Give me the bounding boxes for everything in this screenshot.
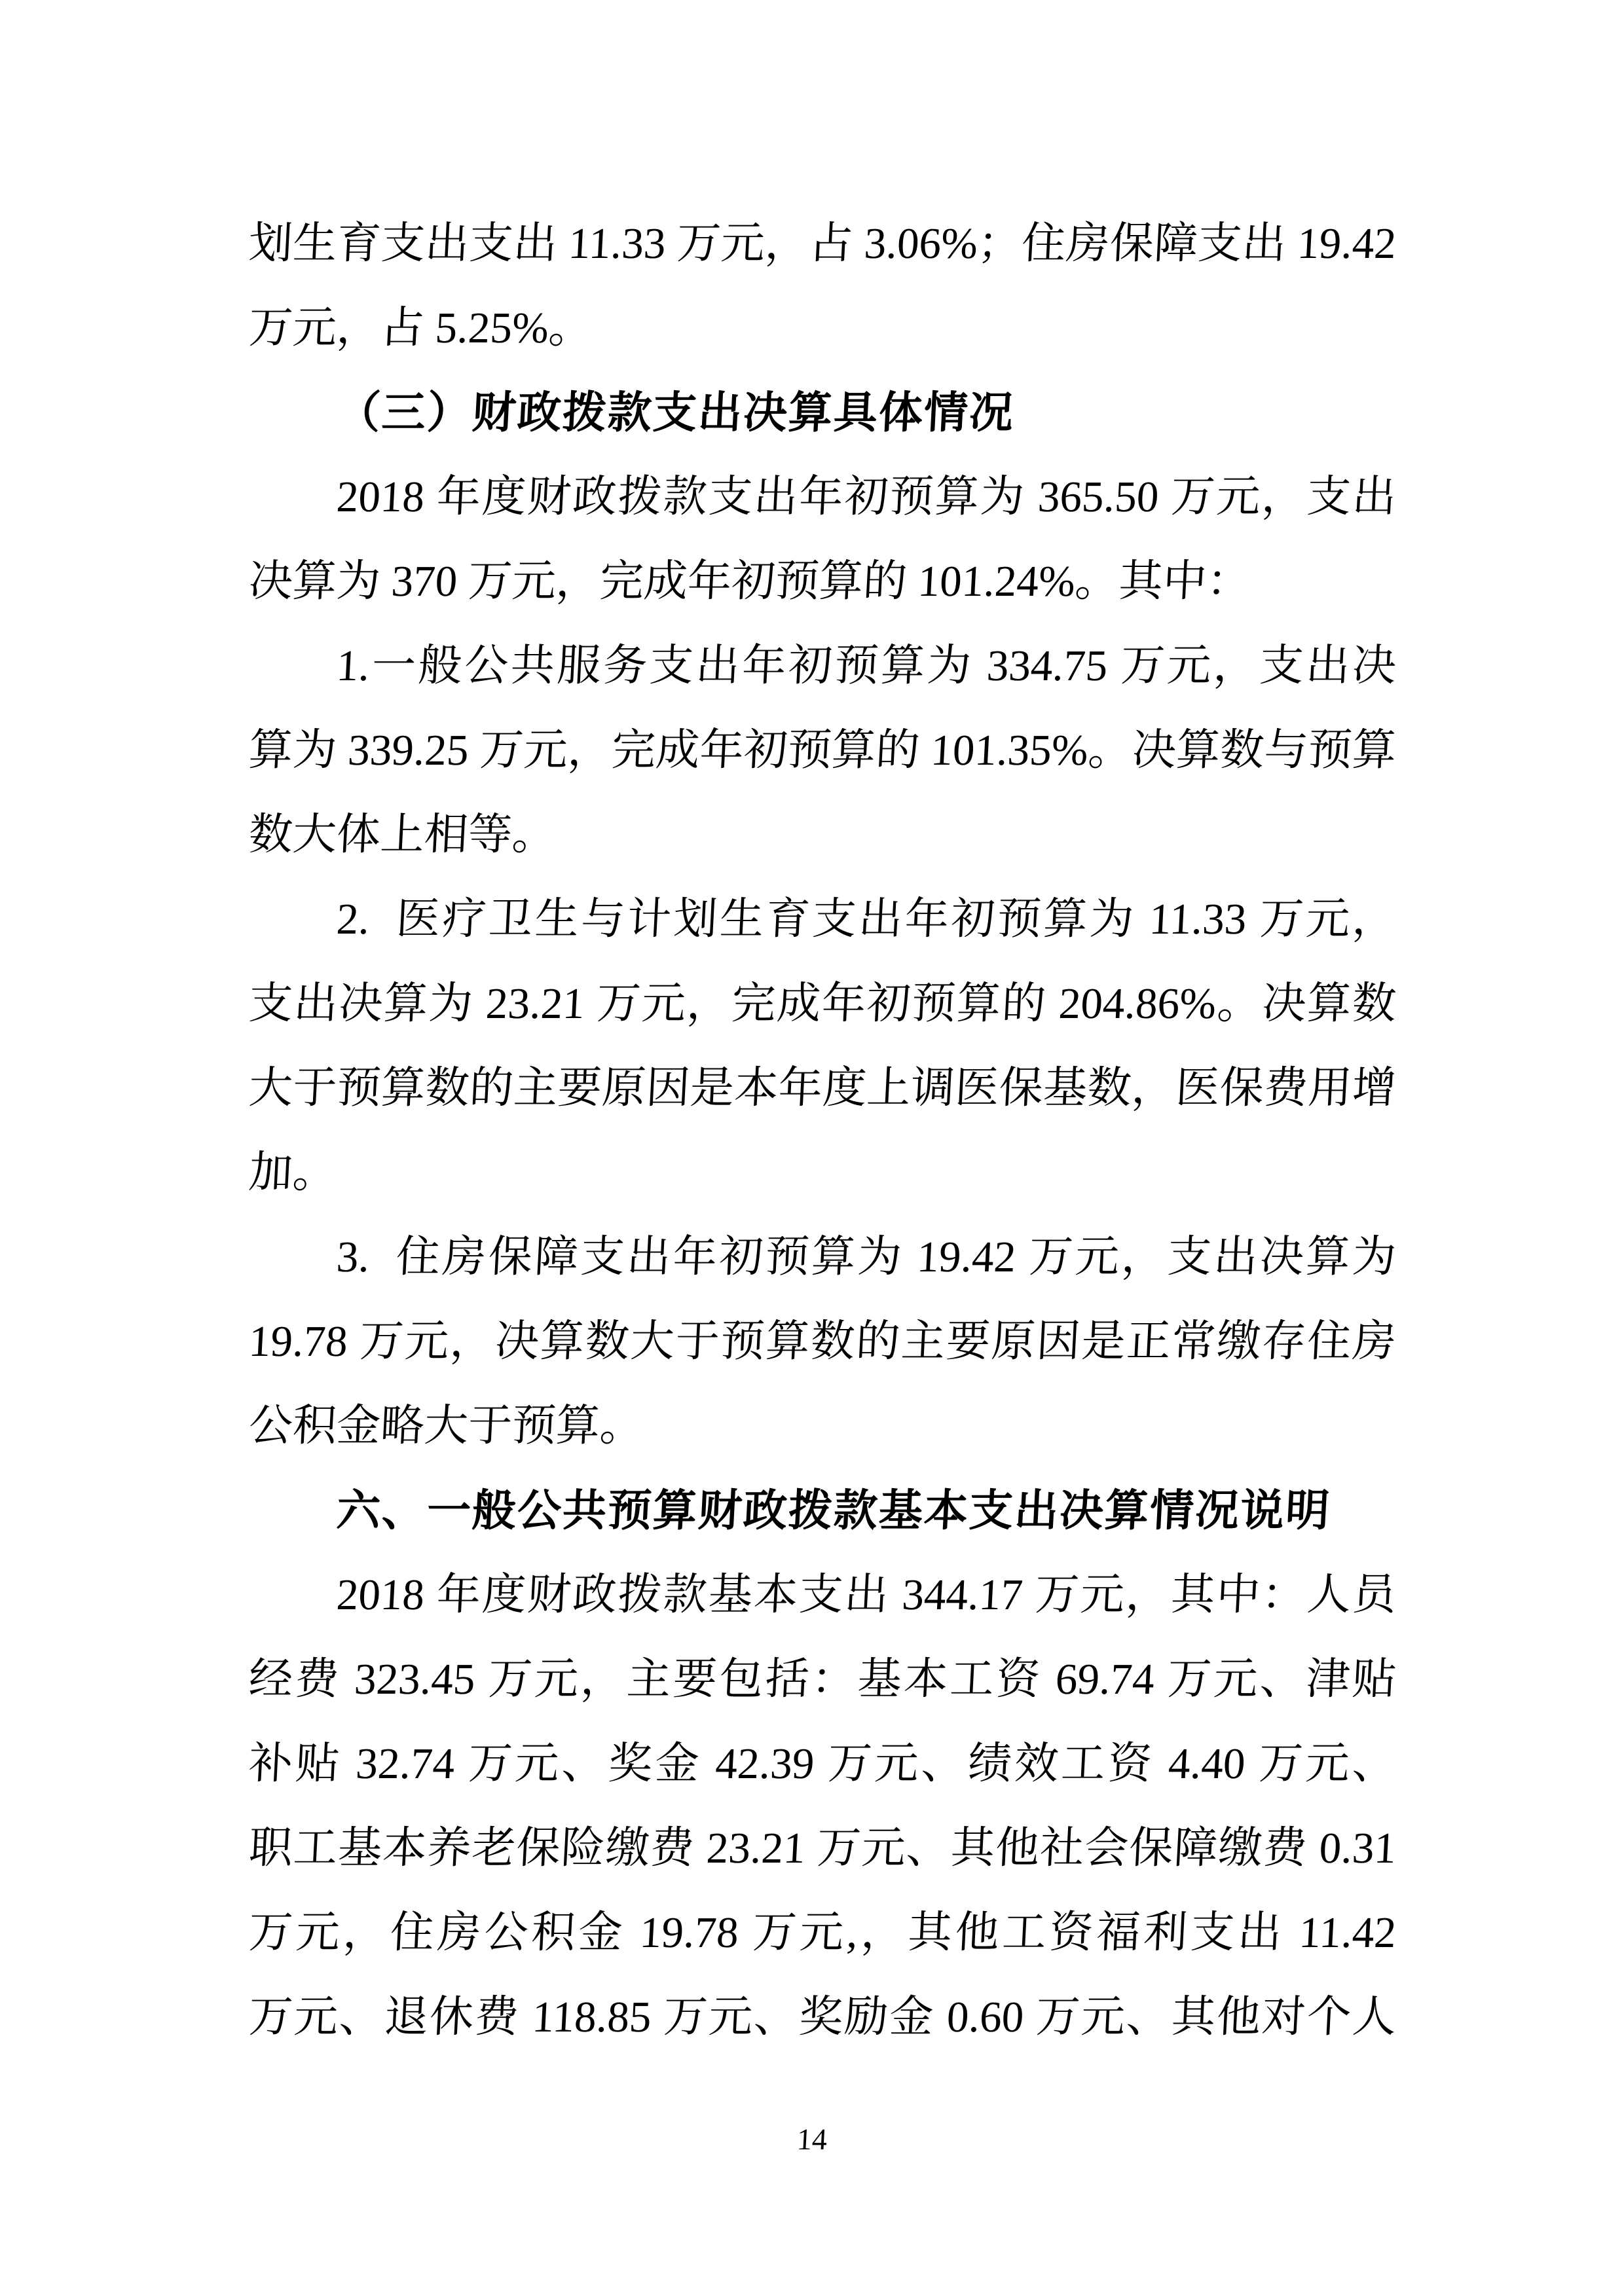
section-heading: 六、一般公共预算财政拨款基本支出决算情况说明 [247,1468,1399,1553]
document-page: 划生育支出支出 11.33 万元，占 3.06%；住房保障支出 19.42万元，… [0,0,1624,2296]
text-line: 支出决算为 23.21 万元，完成年初预算的 204.86%。决算数 [247,962,1399,1046]
text-line: 万元、退休费 118.85 万元、奖励金 0.60 万元、其他对个人 [247,1975,1399,2060]
page-number: 14 [0,2120,1624,2159]
text-line: 决算为 370 万元，完成年初预算的 101.24%。其中： [247,539,1399,624]
text-line: 数大体上相等。 [247,793,1399,877]
text-line: 加。 [247,1131,1399,1215]
text-line: 算为 339.25 万元，完成年初预算的 101.35%。决算数与预算 [247,708,1399,793]
section-heading: （三）财政拨款支出决算具体情况 [247,371,1399,455]
text-line: 1.一般公共服务支出年初预算为 334.75 万元，支出决 [247,624,1399,708]
document-body: 划生育支出支出 11.33 万元，占 3.06%；住房保障支出 19.42万元，… [249,202,1396,2060]
text-line: 大于预算数的主要原因是本年度上调医保基数，医保费用增 [247,1046,1399,1131]
text-line: 2. 医疗卫生与计划生育支出年初预算为 11.33 万元， [247,877,1399,962]
text-line: 2018 年度财政拨款支出年初预算为 365.50 万元，支出 [247,455,1399,539]
text-line: 万元，住房公积金 19.78 万元,，其他工资福利支出 11.42 [247,1891,1399,1975]
text-line: 2018 年度财政拨款基本支出 344.17 万元，其中：人员 [247,1553,1399,1637]
text-line: 3. 住房保障支出年初预算为 19.42 万元，支出决算为 [247,1215,1399,1300]
text-line: 公积金略大于预算。 [247,1384,1399,1468]
text-line: 19.78 万元，决算数大于预算数的主要原因是正常缴存住房 [247,1300,1399,1384]
text-line: 职工基本养老保险缴费 23.21 万元、其他社会保障缴费 0.31 [247,1806,1399,1891]
text-line: 万元，占 5.25%。 [247,286,1399,371]
text-line: 经费 323.45 万元，主要包括：基本工资 69.74 万元、津贴 [247,1637,1399,1722]
text-line: 划生育支出支出 11.33 万元，占 3.06%；住房保障支出 19.42 [247,202,1399,286]
text-line: 补贴 32.74 万元、奖金 42.39 万元、绩效工资 4.40 万元、 [247,1722,1399,1806]
